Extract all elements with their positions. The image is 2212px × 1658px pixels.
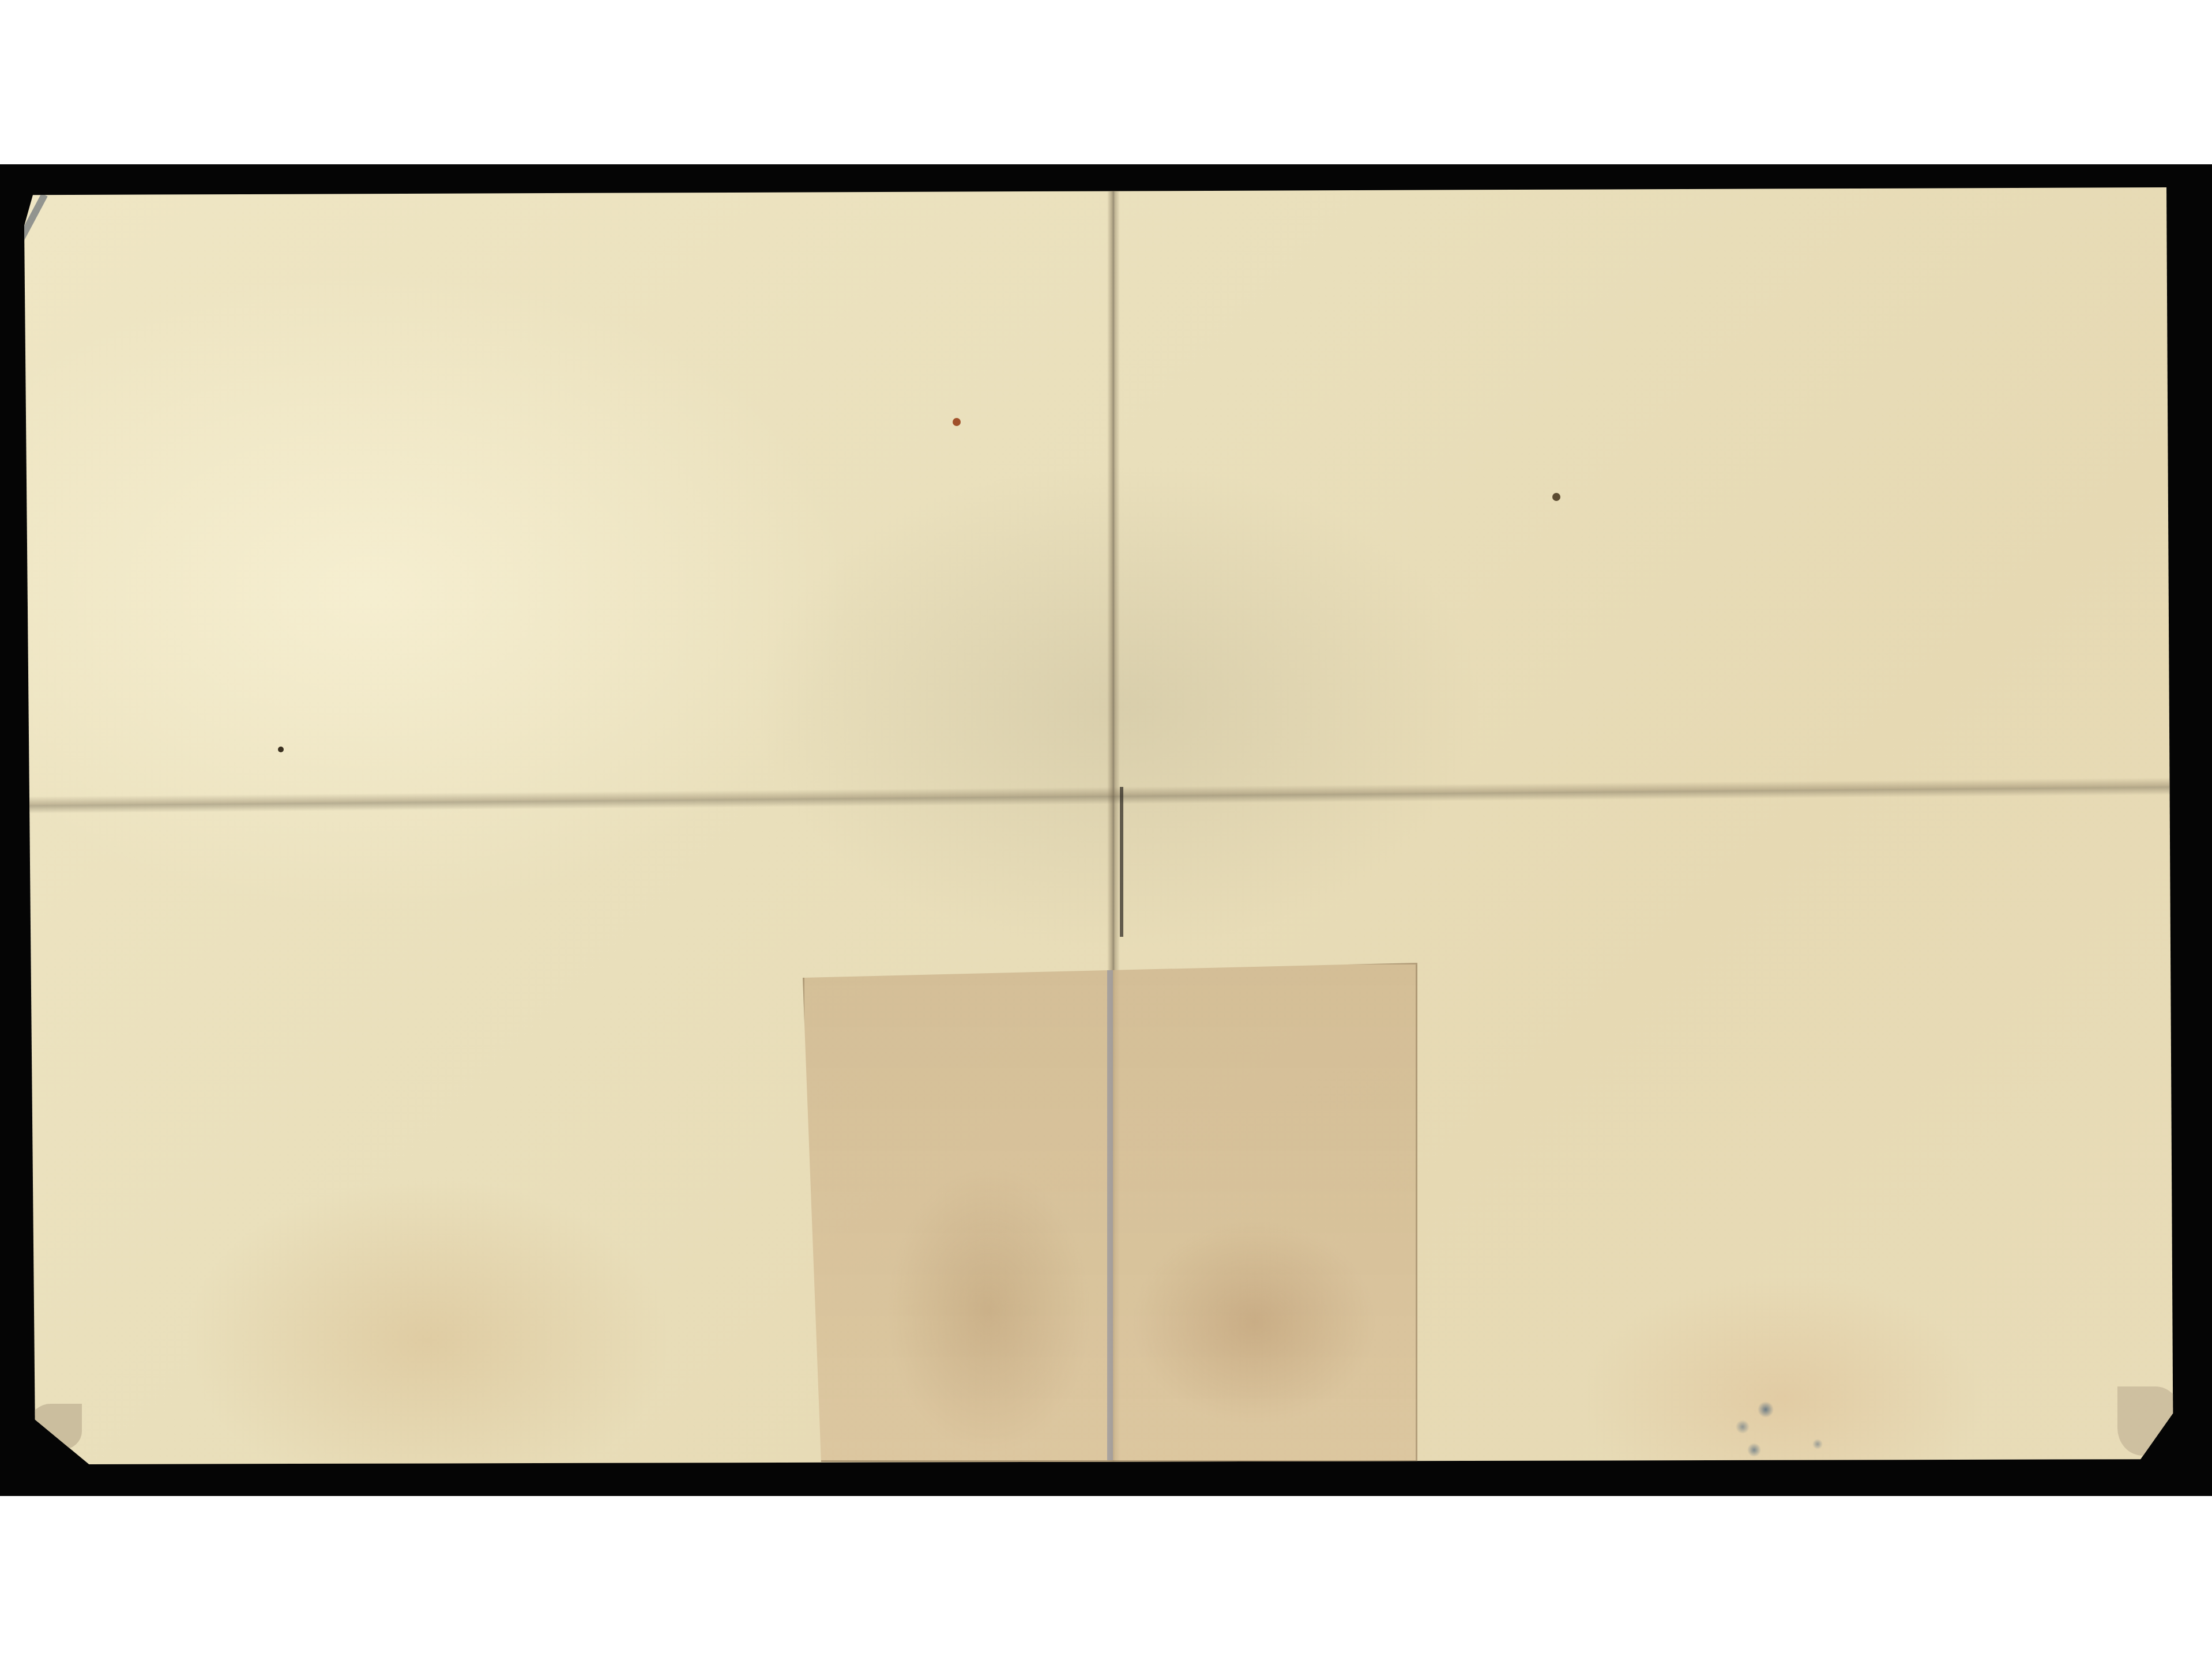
blue-ink-marks bbox=[1731, 1386, 1846, 1525]
tape-crack bbox=[1107, 964, 1113, 1460]
dirt-spot bbox=[1552, 493, 1560, 501]
image-description: Scan of the reverse side of an aged pape… bbox=[0, 0, 1, 1]
horizontal-crease bbox=[24, 778, 2184, 814]
rust-spot bbox=[953, 418, 961, 426]
banknote-reverse bbox=[24, 187, 2184, 1464]
tape-repair bbox=[803, 963, 1417, 1462]
dirt-spot bbox=[610, 1600, 618, 1608]
tear-line bbox=[1120, 787, 1123, 937]
dirt-spot bbox=[278, 747, 284, 752]
